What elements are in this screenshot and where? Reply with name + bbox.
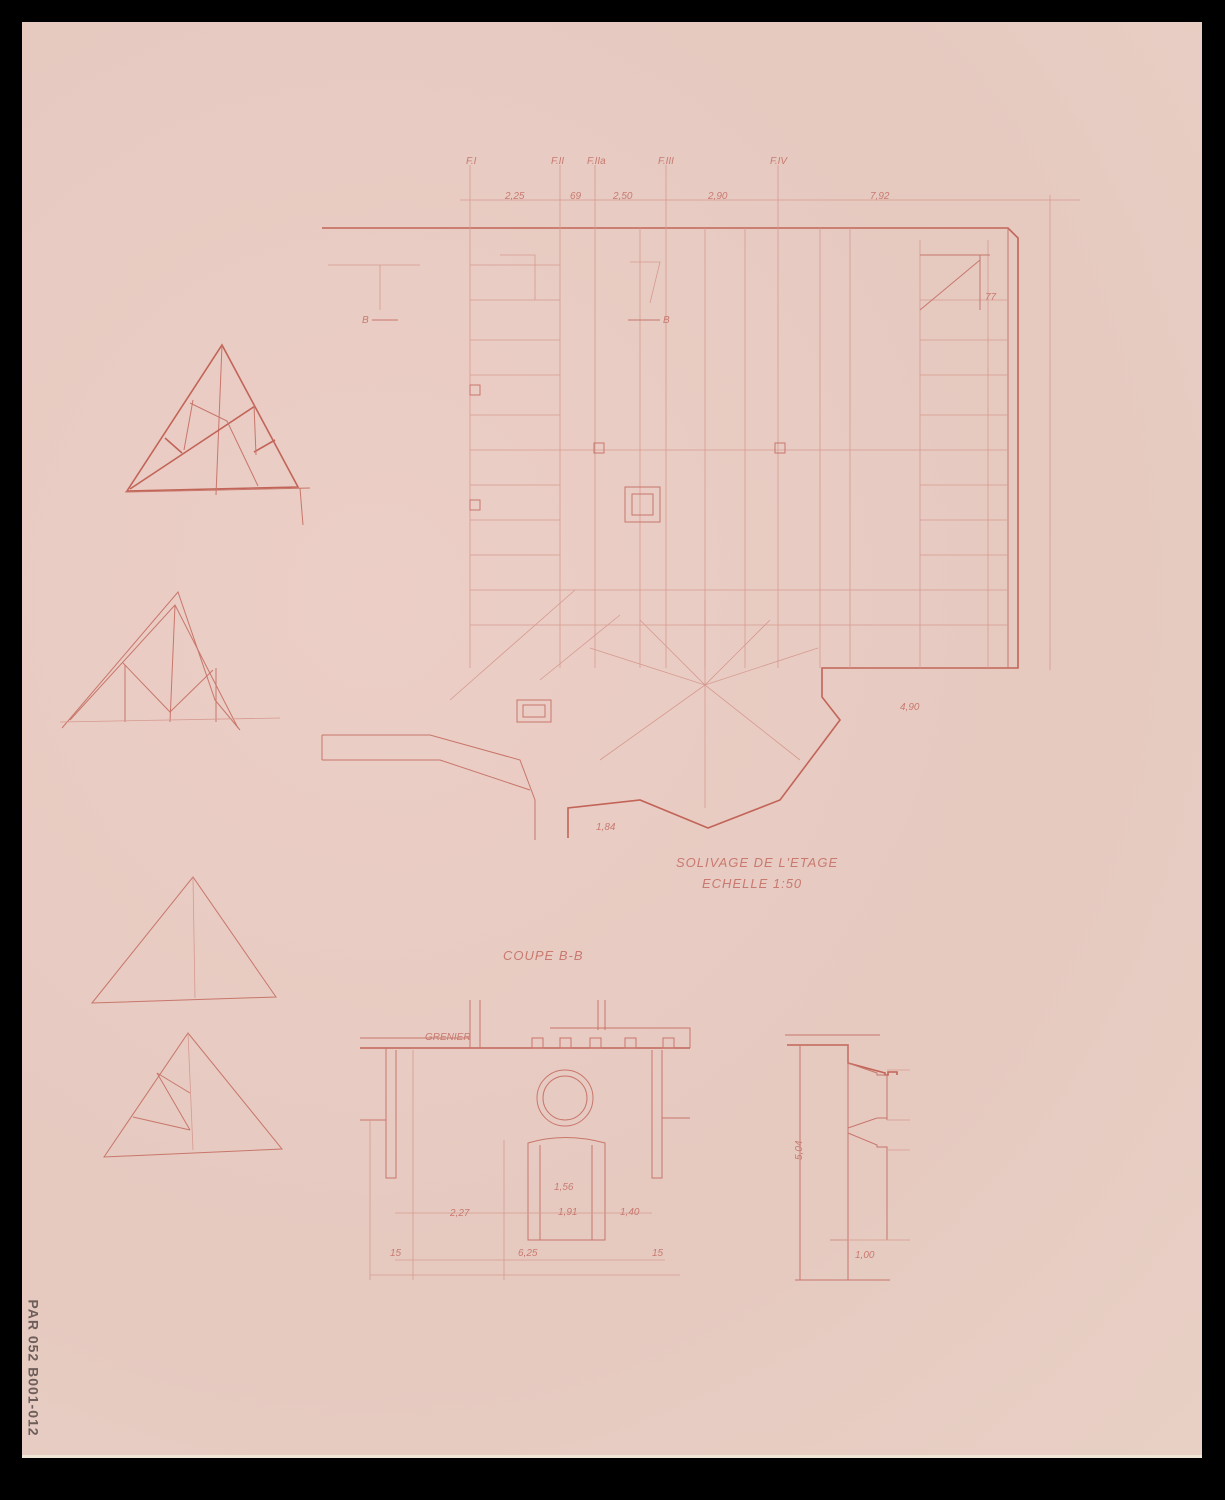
triangle-sketch-3: [92, 877, 276, 1003]
svg-text:1,84: 1,84: [596, 822, 616, 833]
svg-text:1,00: 1,00: [855, 1250, 875, 1261]
svg-text:ECHELLE 1:50: ECHELLE 1:50: [702, 876, 802, 891]
svg-text:2,27: 2,27: [449, 1208, 470, 1219]
architectural-drawing: F.I F.II F.IIa F.III F.IV 2,25 69 2,50 2…: [0, 0, 1225, 1500]
svg-text:69: 69: [570, 191, 582, 202]
plan-labels: F.I F.II F.IIa F.III F.IV 2,25 69 2,50 2…: [362, 156, 997, 891]
archive-number: PAR 052 B001-012: [26, 1299, 42, 1436]
truss-sketch-2: [60, 592, 280, 730]
svg-text:COUPE B-B: COUPE B-B: [503, 948, 584, 963]
svg-text:7,92: 7,92: [870, 191, 890, 202]
svg-text:1,91: 1,91: [558, 1207, 577, 1218]
section-bb: COUPE B-B 2,27 1,56 1,91 1,40 15 6,25 15…: [360, 948, 690, 1280]
svg-text:B: B: [663, 315, 670, 326]
svg-text:F.III: F.III: [658, 156, 674, 167]
svg-text:5,04: 5,04: [794, 1140, 805, 1160]
svg-text:F.I: F.I: [466, 156, 477, 167]
svg-text:4,90: 4,90: [900, 702, 920, 713]
floor-plan: [322, 165, 1080, 840]
svg-text:1,56: 1,56: [554, 1182, 574, 1193]
svg-text:F.II: F.II: [551, 156, 564, 167]
svg-text:F.IV: F.IV: [770, 156, 788, 167]
svg-text:15: 15: [652, 1248, 664, 1259]
profile-detail: 5,04 1,00: [785, 1035, 910, 1280]
svg-text:1,40: 1,40: [620, 1207, 640, 1218]
archive-stamp: PAR 052 B001-012: [20, 1300, 50, 1440]
svg-text:B: B: [362, 315, 369, 326]
svg-text:GRENIER: GRENIER: [425, 1032, 471, 1043]
svg-text:2,90: 2,90: [707, 191, 728, 202]
svg-text:SOLIVAGE DE L'ETAGE: SOLIVAGE DE L'ETAGE: [676, 855, 838, 870]
triangle-sketch-4: [104, 1033, 282, 1157]
svg-text:2,50: 2,50: [612, 191, 633, 202]
svg-text:F.IIa: F.IIa: [587, 156, 606, 167]
truss-sketch-1: [125, 345, 310, 525]
svg-text:6,25: 6,25: [518, 1248, 538, 1259]
svg-text:77: 77: [985, 292, 997, 303]
svg-text:2,25: 2,25: [504, 191, 525, 202]
svg-text:15: 15: [390, 1248, 402, 1259]
